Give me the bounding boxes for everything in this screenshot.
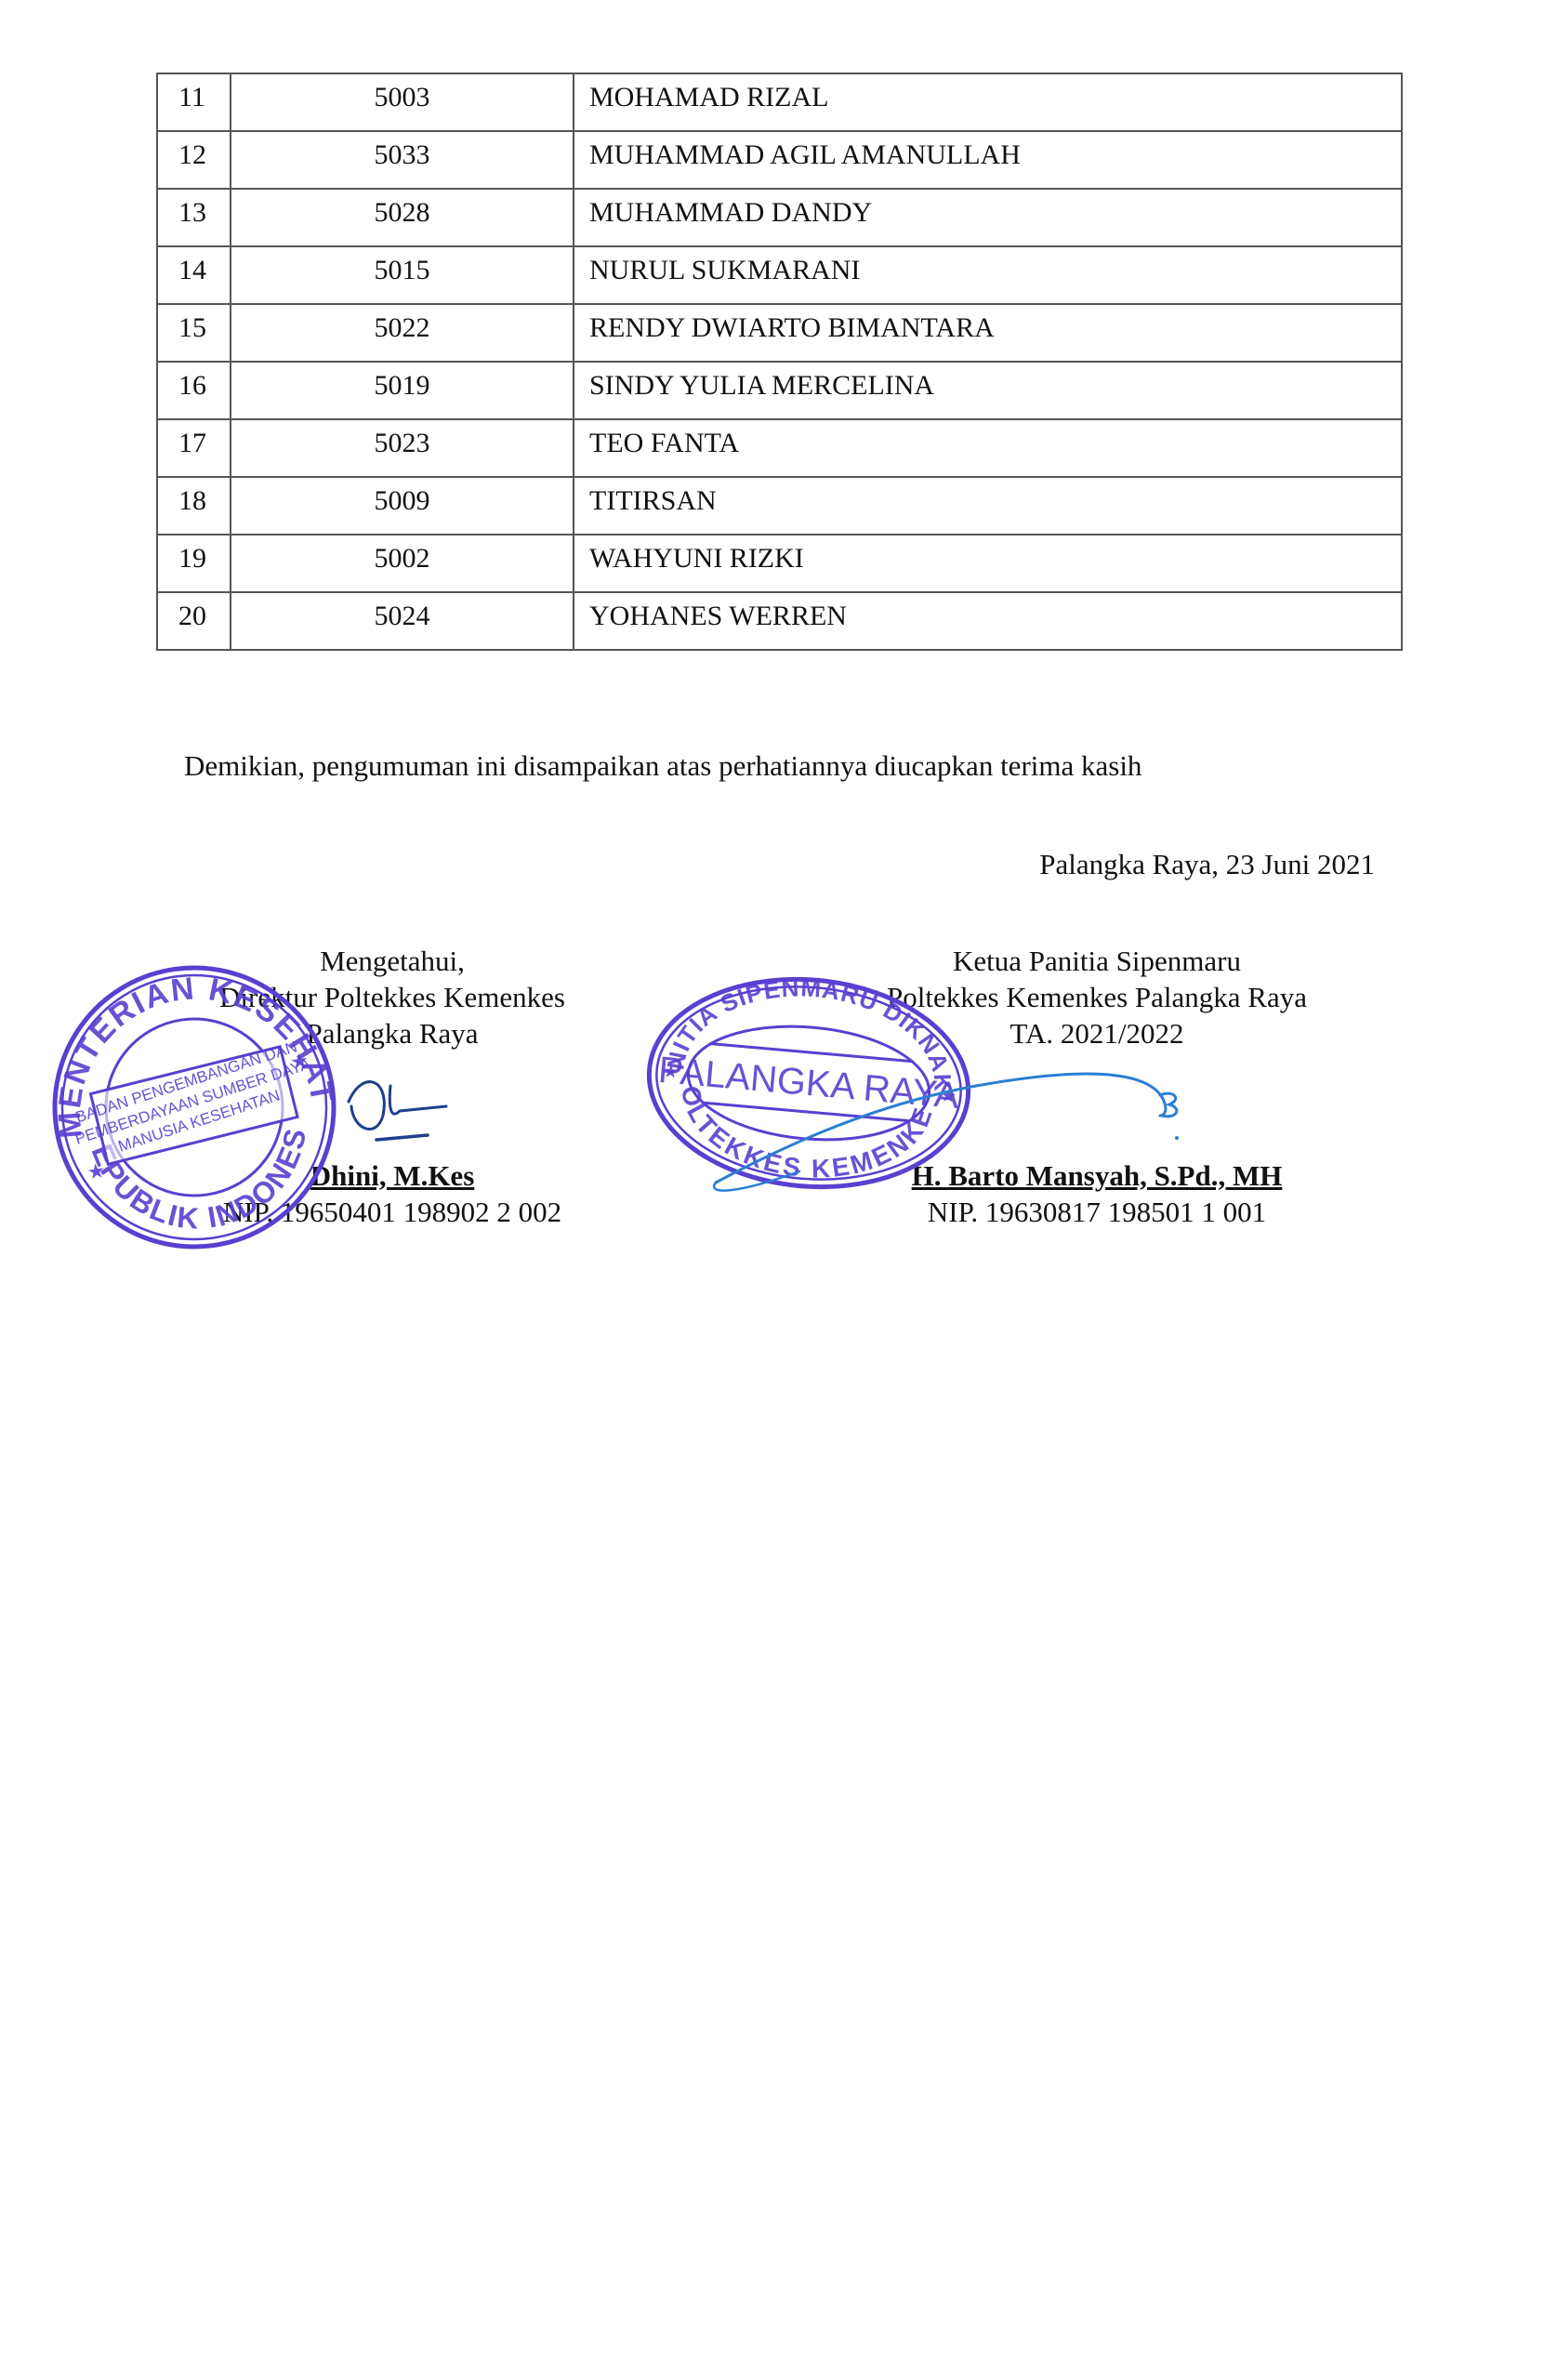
participant-name: MUHAMMAD DANDY	[574, 190, 1401, 227]
participant-name: MOHAMAD RIZAL	[574, 74, 1401, 112]
registration-code-cell: 5009	[231, 477, 574, 535]
row-number: 15	[158, 305, 230, 342]
registration-code: 5003	[231, 74, 573, 112]
participant-name-cell: TEO FANTA	[574, 419, 1402, 477]
registration-code: 5015	[231, 247, 573, 284]
sig-line: Poltekkes Kemenkes Palangka Raya	[818, 979, 1376, 1015]
sig-line: Mengetahui,	[160, 943, 625, 979]
participant-name-cell: MUHAMMAD DANDY	[574, 189, 1402, 246]
registration-code-cell: 5028	[231, 189, 574, 246]
participant-name: YOHANES WERREN	[574, 593, 1401, 630]
registration-code-cell: 5015	[231, 246, 574, 304]
signatory-name: H. Barto Mansyah, S.Pd., MH	[818, 1157, 1376, 1194]
row-number: 17	[158, 420, 230, 457]
table-row: 135028MUHAMMAD DANDY	[157, 189, 1402, 246]
row-number-cell: 12	[157, 131, 231, 189]
row-number: 19	[158, 535, 230, 573]
table-row: 145015NURUL SUKMARANI	[157, 246, 1402, 304]
table-row: 155022RENDY DWIARTO BIMANTARA	[157, 304, 1402, 362]
row-number-cell: 14	[157, 246, 231, 304]
participant-name-cell: MOHAMAD RIZAL	[574, 73, 1402, 131]
registration-code-cell: 5022	[231, 304, 574, 362]
participant-name: WAHYUNI RIZKI	[574, 535, 1401, 573]
registration-code-cell: 5002	[231, 535, 574, 592]
table-row: 185009TITIRSAN	[157, 477, 1402, 535]
table-row: 125033MUHAMMAD AGIL AMANULLAH	[157, 131, 1402, 189]
svg-text:★: ★	[86, 1158, 107, 1184]
registration-code: 5023	[231, 420, 573, 457]
row-number: 18	[158, 478, 230, 515]
row-number: 13	[158, 190, 230, 227]
participant-name-cell: SINDY YULIA MERCELINA	[574, 362, 1402, 419]
participant-name: TITIRSAN	[574, 478, 1401, 515]
signatory-name: Dhini, M.Kes	[160, 1157, 625, 1194]
registration-code: 5028	[231, 190, 573, 227]
participant-name: NURUL SUKMARANI	[574, 247, 1401, 284]
registration-code: 5019	[231, 363, 573, 400]
participant-name-cell: MUHAMMAD AGIL AMANULLAH	[574, 131, 1402, 189]
row-number-cell: 18	[157, 477, 231, 535]
signatory-committee-chair: Ketua Panitia Sipenmaru Poltekkes Kemenk…	[818, 943, 1376, 1230]
registration-code: 5002	[231, 535, 573, 573]
table-row: 175023TEO FANTA	[157, 419, 1402, 477]
row-number: 16	[158, 363, 230, 400]
closing-statement: Demikian, pengumuman ini disampaikan ata…	[184, 749, 1141, 783]
registration-code-cell: 5023	[231, 419, 574, 477]
row-number: 20	[158, 593, 230, 630]
participant-table: 115003MOHAMAD RIZAL125033MUHAMMAD AGIL A…	[156, 73, 1403, 651]
participant-name: MUHAMMAD AGIL AMANULLAH	[574, 132, 1401, 169]
participant-name-cell: YOHANES WERREN	[574, 592, 1402, 650]
signatory-director: Mengetahui, Direktur Poltekkes Kemenkes …	[160, 943, 625, 1230]
row-number-cell: 16	[157, 362, 231, 419]
registration-code-cell: 5024	[231, 592, 574, 650]
row-number-cell: 20	[157, 592, 231, 650]
row-number: 11	[158, 74, 230, 112]
signatory-nip: NIP. 19650401 198902 2 002	[160, 1194, 625, 1230]
participant-name-cell: NURUL SUKMARANI	[574, 246, 1402, 304]
row-number: 12	[158, 132, 230, 169]
registration-code: 5022	[231, 305, 573, 342]
svg-text:★: ★	[662, 1061, 680, 1082]
row-number-cell: 17	[157, 419, 231, 477]
participant-name-cell: RENDY DWIARTO BIMANTARA	[574, 304, 1402, 362]
sig-line: TA. 2021/2022	[818, 1015, 1376, 1051]
participant-name: RENDY DWIARTO BIMANTARA	[574, 305, 1401, 342]
document-page: 115003MOHAMAD RIZAL125033MUHAMMAD AGIL A…	[0, 0, 1557, 2380]
sig-line: Ketua Panitia Sipenmaru	[818, 943, 1376, 979]
registration-code-cell: 5003	[231, 73, 574, 131]
participant-name-cell: WAHYUNI RIZKI	[574, 535, 1402, 592]
table-row: 205024YOHANES WERREN	[157, 592, 1402, 650]
participant-name-cell: TITIRSAN	[574, 477, 1402, 535]
sig-line: Palangka Raya	[160, 1015, 625, 1051]
row-number-cell: 11	[157, 73, 231, 131]
registration-code: 5009	[231, 478, 573, 515]
participant-name: SINDY YULIA MERCELINA	[574, 363, 1401, 400]
sig-line: Direktur Poltekkes Kemenkes	[160, 979, 625, 1015]
registration-code: 5033	[231, 132, 573, 169]
table-row: 165019SINDY YULIA MERCELINA	[157, 362, 1402, 419]
registration-code-cell: 5019	[231, 362, 574, 419]
row-number-cell: 13	[157, 189, 231, 246]
registration-code-cell: 5033	[231, 131, 574, 189]
participant-name: TEO FANTA	[574, 420, 1401, 457]
row-number-cell: 19	[157, 535, 231, 592]
row-number-cell: 15	[157, 304, 231, 362]
place-and-date: Palangka Raya, 23 Juni 2021	[1039, 848, 1375, 881]
registration-code: 5024	[231, 593, 573, 630]
row-number: 14	[158, 247, 230, 284]
table-row: 195002WAHYUNI RIZKI	[157, 535, 1402, 592]
signatory-nip: NIP. 19630817 198501 1 001	[818, 1194, 1376, 1230]
table-row: 115003MOHAMAD RIZAL	[157, 73, 1402, 131]
